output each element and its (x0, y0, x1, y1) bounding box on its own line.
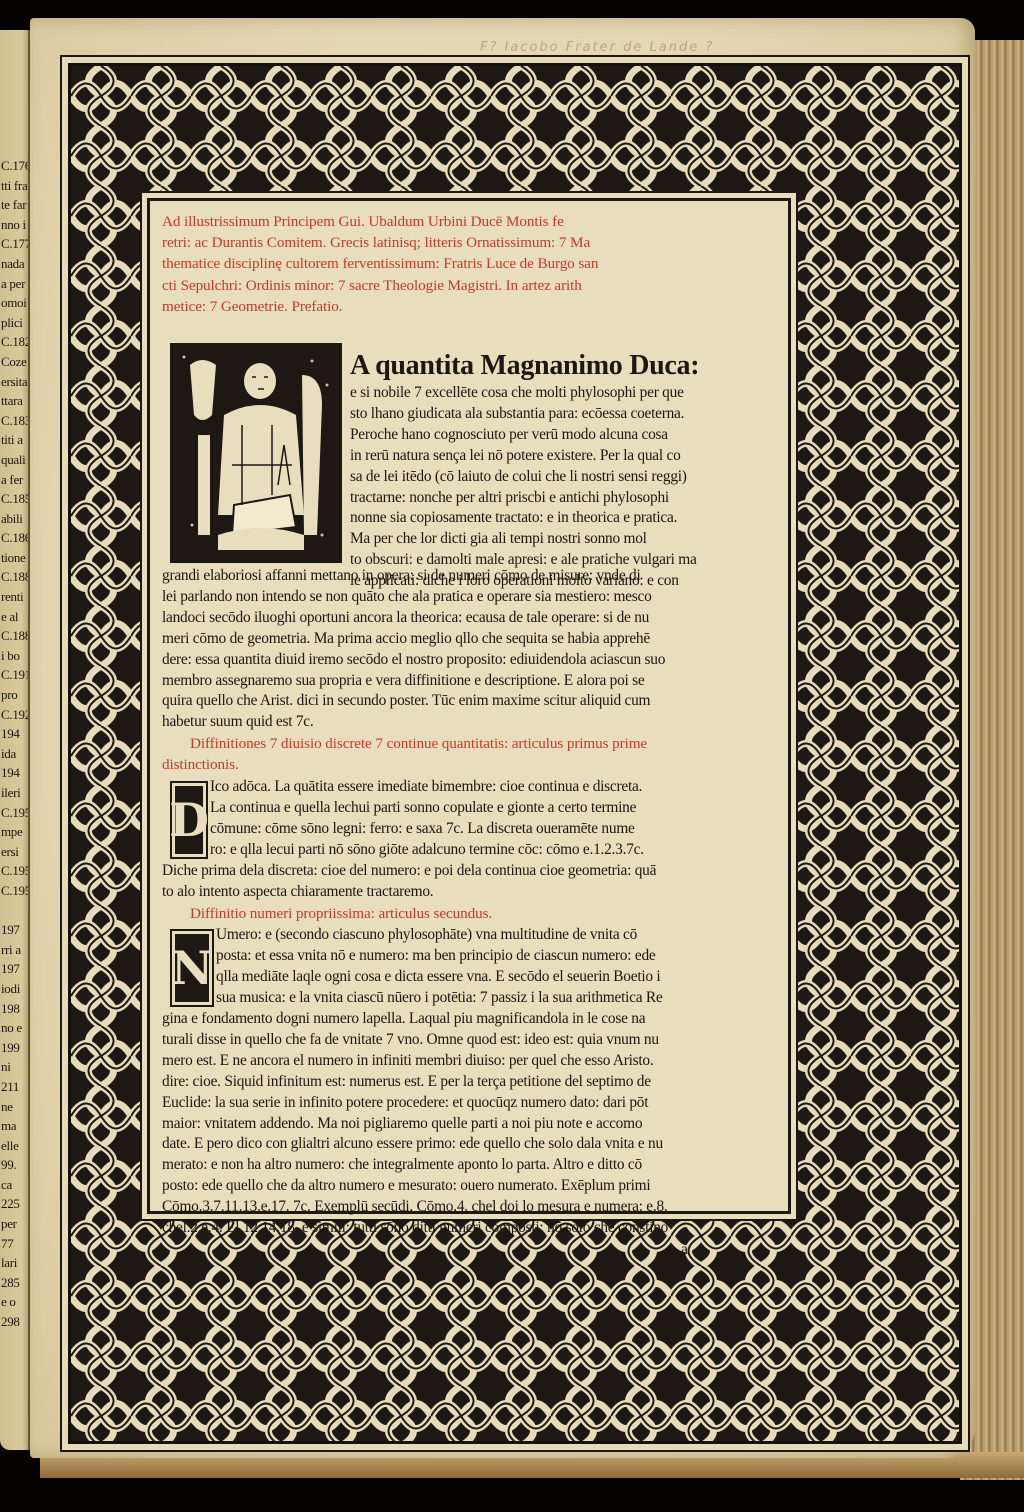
rubric-line: cti Sepulchri: Ordinis minor: 7 sacre Th… (162, 275, 776, 296)
rubric-line: Ad illustrissimum Principem Gui. Ubaldum… (162, 211, 776, 232)
text-line: gina e fondamento dogni numero lapella. … (162, 1009, 776, 1030)
text-line: Peroche hano cognosciuto per verū modo a… (350, 425, 776, 446)
text-line: quira quello che Arist. dici in secundo … (162, 691, 776, 712)
decorated-initial-n: N (170, 929, 214, 1007)
text-line: Euclide: la sua serie in infinito potere… (162, 1093, 776, 1114)
article-2-rubric: Diffinitio numeri propriissima: articulu… (162, 903, 776, 924)
text-line: dere: essa quantita diuid iremo secōdo e… (162, 650, 776, 671)
text-line: sto lhano giudicata ala substantia para:… (350, 404, 776, 425)
article-2-body: gina e fondamento dogni numero lapella. … (162, 1009, 776, 1239)
text-line: chel.2.e.4. El.12.14.18. e simili: tutti… (162, 1218, 776, 1239)
text-line: sa de lei itēdo (cō laiuto de colui che … (350, 467, 776, 488)
friar-portrait-icon (172, 345, 340, 561)
text-line: mero est. E ne ancora el numero in infin… (162, 1051, 776, 1072)
prefatio-opening: A quantita Magnanimo Duca: e si nobile 7… (350, 349, 776, 592)
text-line: landoci secōdo iluoghi oportuni ancora l… (162, 608, 776, 629)
text-line: Diche prima dela discreta: cioe del nume… (162, 861, 776, 882)
text-line: meri cōmo de geometria. Ma prima accio m… (162, 629, 776, 650)
woodcut-portrait (170, 343, 342, 563)
text-line: cōmune: cōme sōno legni: ferro: e saxa 7… (210, 819, 776, 840)
dedication-rubric: Ad illustrissimum Principem Gui. Ubaldum… (162, 211, 776, 317)
text-line: e si nobile 7 excellēte cosa che molti p… (350, 383, 776, 404)
rubric-line: distinctionis. (162, 754, 776, 775)
rubric-line: retri: ac Durantis Comitem. Grecis latin… (162, 232, 776, 253)
text-line: sua musica: e la vnita ciascū nūero i po… (216, 988, 776, 1009)
text-line: to alo intento aspecta chiaramente tract… (162, 882, 776, 903)
text-line: Ma per che lor dicti gia ali tempi nostr… (350, 529, 776, 550)
prefatio-title: A quantita Magnanimo Duca: (350, 349, 776, 383)
text-line: ro: e qlla lecui parti nō sōno giōte ada… (210, 840, 776, 861)
text-line: in rerū natura sença lei nō potere exist… (350, 446, 776, 467)
article-1-opening: Ico adōca. La quātita essere imediate bi… (210, 777, 776, 861)
text-block: Ad illustrissimum Principem Gui. Ubaldum… (147, 198, 791, 1214)
article-2-opening: Umero: e (secondo ciascuno phylosophāte)… (216, 925, 776, 1009)
text-line: grandi elaboriosi affanni mettano in ope… (162, 566, 776, 587)
text-line: La continua e quella lechui parti sonno … (210, 798, 776, 819)
signature-mark: a (681, 1241, 688, 1259)
text-line: posta: et essa vnita nō e numero: ma ben… (216, 946, 776, 967)
text-line: Umero: e (secondo ciascuno phylosophāte)… (216, 925, 776, 946)
decorated-initial-d: D (170, 781, 208, 859)
text-line: membro assegnaremo sua propria e vera di… (162, 671, 776, 692)
text-line: lei parlando non intendo se non quāto ch… (162, 587, 776, 608)
text-line: nonne sia copiosamente tractato: e in th… (350, 508, 776, 529)
rubric-line: Diffinitio numeri propriissima: articulu… (162, 903, 776, 924)
text-line: posto: ede quello che da altro numero e … (162, 1176, 776, 1197)
article-1-body: Diche prima dela discreta: cioe del nume… (162, 861, 776, 903)
prefatio-body: grandi elaboriosi affanni mettano in ope… (162, 566, 776, 733)
article-1-rubric: Diffinitiones 7 diuisio discrete 7 conti… (162, 733, 776, 775)
text-line: tractarne: nonche per altri priscbi e an… (350, 488, 776, 509)
text-line: turali disse in quello che fa de vnitate… (162, 1030, 776, 1051)
rubric-line: thematice disciplinę cultorem ferventiss… (162, 253, 776, 274)
text-line: merato: e non ha altro numero: che integ… (162, 1155, 776, 1176)
handwritten-annotation: F? Iacobo Frater de Lande ? (480, 40, 860, 55)
text-line: maior: vnitatem addendo. Ma noi pigliare… (162, 1114, 776, 1135)
text-line: habetur suum quid est 7c. (162, 712, 776, 733)
rubric-line: Diffinitiones 7 diuisio discrete 7 conti… (162, 733, 776, 754)
text-line: date. E pero dico con glialtri alcuno es… (162, 1134, 776, 1155)
text-line: Cōmo.3.7.11.13.e.17. 7c. Exemplū secūdi.… (162, 1197, 776, 1218)
rubric-line: metice: 7 Geometrie. Prefatio. (162, 296, 776, 317)
text-line: dire: cioe. Siquid infinitum est: numeru… (162, 1072, 776, 1093)
text-line: qlla mediāte laqle ogni cosa e dicta ess… (216, 967, 776, 988)
text-line: Ico adōca. La quātita essere imediate bi… (210, 777, 776, 798)
photo-background: C.176tti frate farnno iC.177nadaa peromo… (0, 0, 1024, 1512)
